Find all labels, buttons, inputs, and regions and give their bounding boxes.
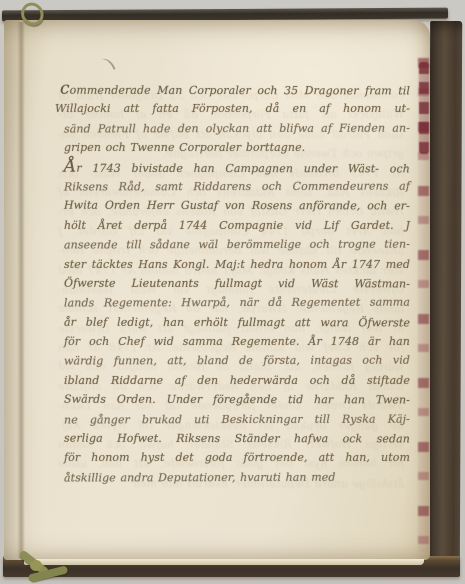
manuscript-line: wärdig funnen, att, bland de första, int…	[64, 351, 410, 371]
page-edge-marbling-upper	[419, 62, 429, 154]
manuscript-line: för och Chef wid samma Regemente. År 174…	[64, 332, 410, 351]
manuscript-text-block: commenderade Man Corporaler och 35 Drago…	[64, 80, 410, 487]
page-stack-bottom-edge	[24, 559, 424, 565]
manuscript-line: för honom hyst det goda förtroende, att …	[64, 448, 410, 467]
manuscript-line: År 1743 bivistade han Campagnen under Wä…	[64, 157, 410, 177]
manuscript-photo: commenderade Man Corporaler och 35 Drago…	[0, 0, 465, 584]
manuscript-line: Öfwerste Lieutenants fullmagt vid Wäst W…	[64, 274, 410, 294]
binding-tie-bottom-knot	[30, 560, 42, 571]
manuscript-line: åtskillige andra Deputationer, hvaruti h…	[64, 467, 410, 487]
manuscript-line: ne gånger brukad uti Beskickningar till …	[64, 409, 410, 429]
manuscript-line: anseende till sådane wäl berömmelige och…	[64, 235, 410, 255]
manuscript-line: Willajocki att fatta Förposten, då en af…	[55, 99, 410, 118]
manuscript-line: hölt Året derpå 1744 Compagnie vid Lif G…	[64, 216, 410, 235]
manuscript-line: commenderade Man Corporaler och 35 Drago…	[60, 80, 410, 100]
manuscript-line: ibland Riddarne af den hederwärda och då…	[64, 371, 410, 390]
manuscript-line: år blef ledigt, han erhölt fullmagt att …	[64, 312, 410, 332]
manuscript-line: lands Regemente: Hwarpå, när då Regement…	[64, 293, 410, 313]
manuscript-line: gripen och Twenne Corporaler borttagne.	[64, 138, 410, 157]
manuscript-line: sänd Patrull hade den olyckan att blifwa…	[64, 118, 410, 138]
book-cover-right-edge	[428, 21, 462, 574]
page-gutter-fold	[17, 22, 25, 558]
manuscript-line: Hwita Orden Herr Gustaf von Rosens anför…	[64, 196, 410, 216]
manuscript-line: Swärds Orden. Under föregående tid har h…	[64, 390, 410, 410]
manuscript-line: Riksens Råd, samt Riddarens och Commende…	[64, 177, 410, 197]
manuscript-line: ster täcktes Hans Kongl. Maj:t hedra hon…	[64, 255, 410, 274]
manuscript-line: serliga Hofwet. Riksens Ständer hafwa oc…	[64, 429, 410, 449]
